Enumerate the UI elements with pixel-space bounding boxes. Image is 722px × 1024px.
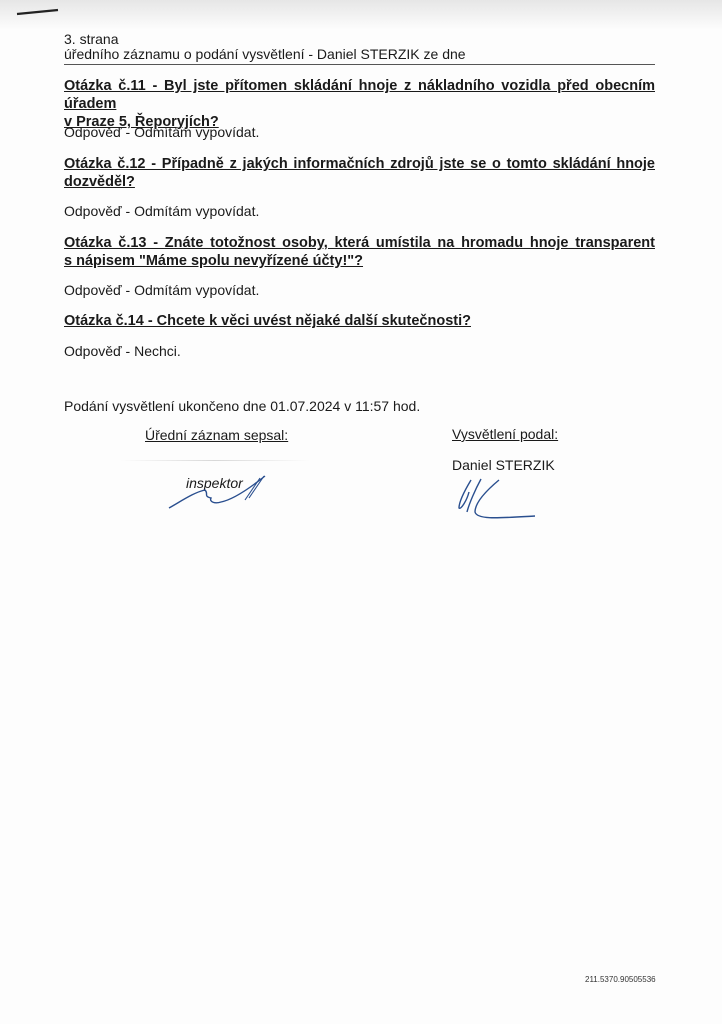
document-header: úředního záznamu o podání vysvětlení - D… bbox=[64, 46, 655, 65]
answer-13: Odpověď - Odmítám vypovídat. bbox=[64, 282, 259, 298]
question-text-cont: dozvěděl? bbox=[64, 173, 655, 191]
question-11: Otázka č.11 - Byl jste přítomen skládání… bbox=[64, 77, 655, 131]
inspector-signature-icon bbox=[165, 470, 275, 515]
ended-statement: Podání vysvětlení ukončeno dne 01.07.202… bbox=[64, 398, 420, 414]
answer-12: Odpověď - Odmítám vypovídat. bbox=[64, 203, 259, 219]
explanation-given-by-label: Vysvětlení podal: bbox=[452, 426, 558, 442]
explainer-signature-icon bbox=[455, 478, 545, 528]
answer-11: Odpověď - Odmítám vypovídat. bbox=[64, 124, 259, 140]
answer-14: Odpověď - Nechci. bbox=[64, 343, 181, 359]
page-number: 3. strana bbox=[64, 31, 118, 47]
question-13: Otázka č.13 - Znáte totožnost osoby, kte… bbox=[64, 234, 655, 270]
signer-name: Daniel STERZIK bbox=[452, 457, 555, 473]
recorded-by-label: Úřední záznam sepsal: bbox=[145, 427, 288, 443]
document-id: 211.5370.90505536 bbox=[585, 975, 656, 984]
signature-line bbox=[120, 460, 310, 461]
staple-mark-icon bbox=[16, 8, 60, 16]
question-text: Otázka č.11 - Byl jste přítomen skládání… bbox=[64, 77, 655, 113]
question-text-cont: s nápisem "Máme spolu nevyřízené účty!"? bbox=[64, 252, 655, 270]
question-text: Otázka č.14 - Chcete k věci uvést nějaké… bbox=[64, 312, 655, 330]
question-12: Otázka č.12 - Případně z jakých informač… bbox=[64, 155, 655, 191]
question-text: Otázka č.13 - Znáte totožnost osoby, kte… bbox=[64, 234, 655, 252]
question-14: Otázka č.14 - Chcete k věci uvést nějaké… bbox=[64, 312, 655, 330]
question-text: Otázka č.12 - Případně z jakých informač… bbox=[64, 155, 655, 173]
scan-shading bbox=[0, 0, 722, 30]
